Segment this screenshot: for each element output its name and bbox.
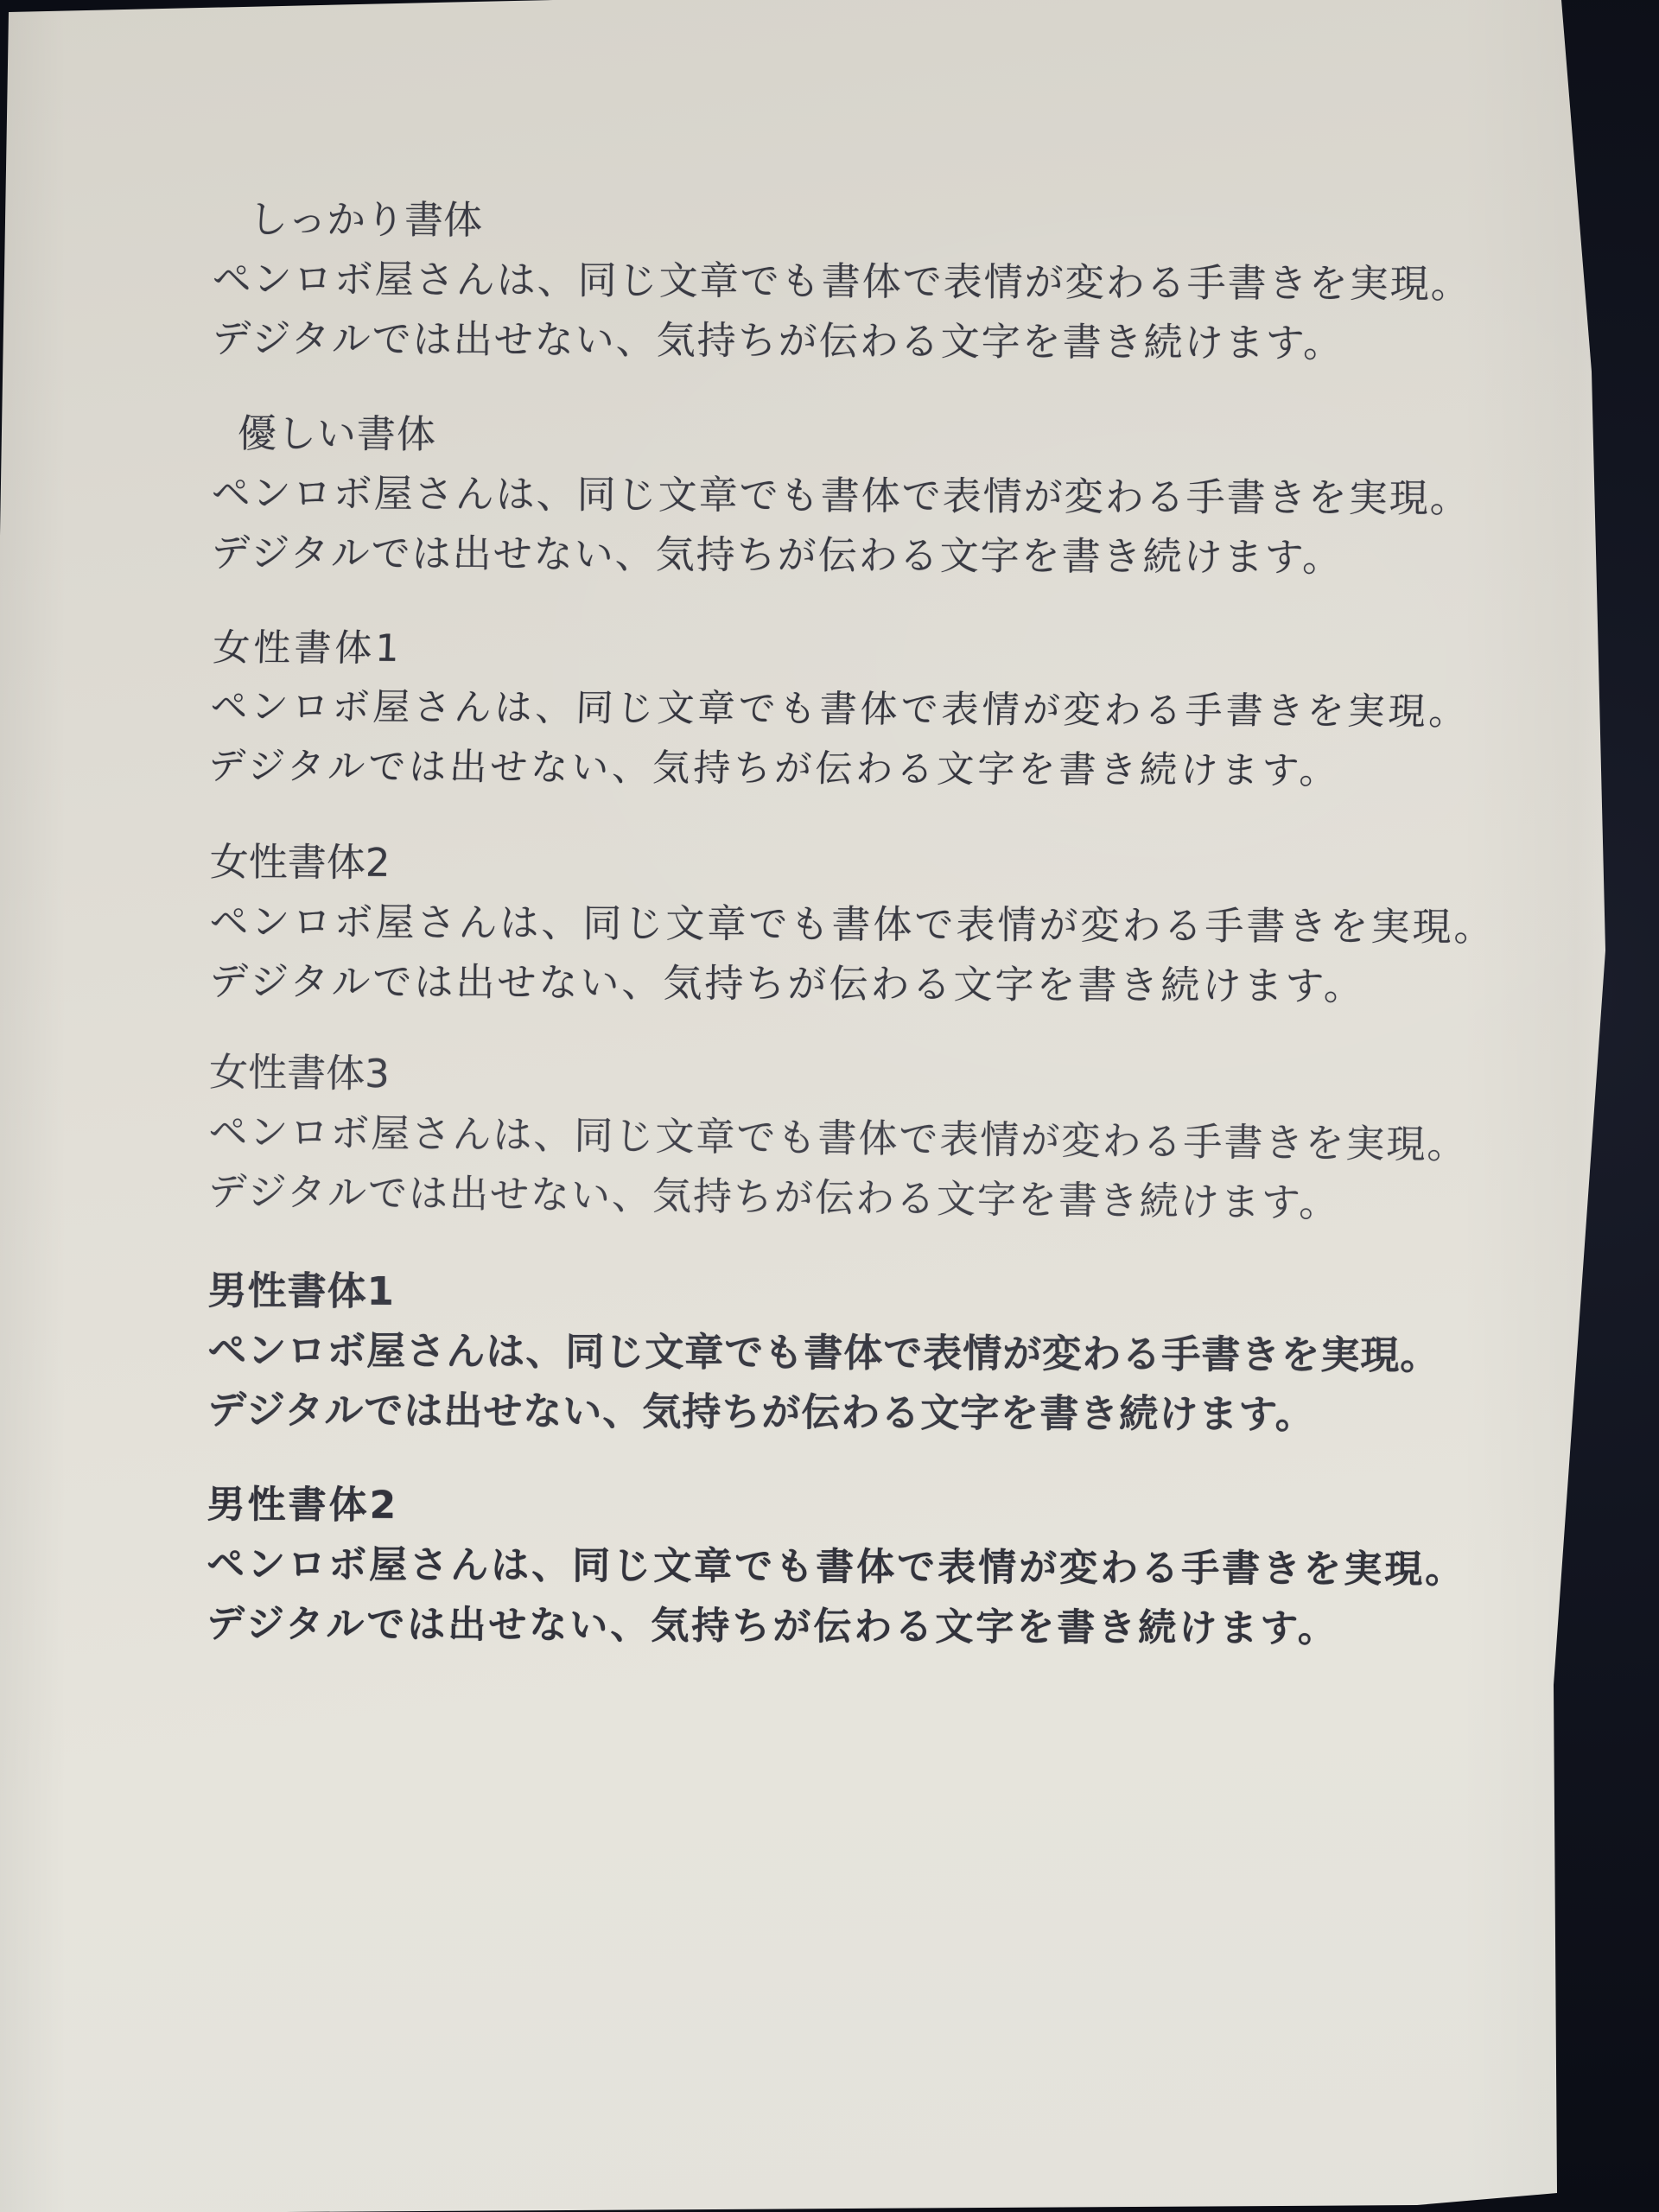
sample-text-line: ペンロボ屋さんは、同じ文章でも書体で表情が変わる手書きを実現。 (209, 892, 1592, 957)
sample-title: しっかり書体 (249, 190, 1595, 255)
handwriting-sample-section-josei-2: 女性書体2 ペンロボ屋さんは、同じ文章でも書体で表情が変わる手書きを実現。 デジ… (209, 833, 1592, 1017)
sample-text-line: デジタルでは出せない、気持ちが伝わる文字を書き続けます。 (212, 308, 1594, 374)
sample-text-line: デジタルでは出せない、気持ちが伝わる文字を書き続けます。 (211, 523, 1593, 588)
sample-text-line: ペンロボ屋さんは、同じ文章でも書体で表情が変わる手書きを実現。 (209, 677, 1594, 743)
sample-title: 女性書体1 (212, 619, 1597, 683)
sample-text-line: ペンロボ屋さんは、同じ文章でも書体で表情が変わる手書きを実現。 (207, 1535, 1589, 1600)
photo-background: しっかり書体 ペンロボ屋さんは、同じ文章でも書体で表情が変わる手書きを実現。 デ… (0, 0, 1659, 2212)
handwriting-sample-section-josei-1: 女性書体1 ペンロボ屋さんは、同じ文章でも書体で表情が変わる手書きを実現。 デジ… (207, 619, 1597, 803)
sample-text-line: デジタルでは出せない、気持ちが伝わる文字を書き続けます。 (207, 737, 1592, 803)
sample-text-line: ペンロボ屋さんは、同じ文章でも書体で表情が変わる手書きを実現。 (207, 1320, 1590, 1386)
handwriting-sample-section-yasashii: 優しい書体 ペンロボ屋さんは、同じ文章でも書体で表情が変わる手書きを実現。 デジ… (211, 404, 1594, 588)
sample-text-line: ペンロボ屋さんは、同じ文章でも書体で表情が変わる手書きを実現。 (211, 463, 1593, 529)
sample-text-line: デジタルでは出せない、気持ちが伝わる文字を書き続けます。 (209, 951, 1592, 1017)
sample-title: 男性書体1 (207, 1262, 1590, 1326)
sample-title: 優しい書体 (238, 404, 1594, 469)
sample-text-line: デジタルでは出せない、気持ちが伝わる文字を書き続けます。 (207, 1594, 1589, 1660)
sample-text-line: デジタルでは出せない、気持ちが伝わる文字を書き続けます。 (207, 1380, 1590, 1446)
sample-title: 女性書体2 (210, 833, 1592, 898)
sample-title: 男性書体2 (207, 1476, 1589, 1541)
sample-text-line: ペンロボ屋さんは、同じ文章でも書体で表情が変わる手書きを実現。 (213, 249, 1595, 315)
handwriting-sample-section-dansei-1: 男性書体1 ペンロボ屋さんは、同じ文章でも書体で表情が変わる手書きを実現。 デジ… (207, 1262, 1591, 1446)
handwriting-sample-section-dansei-2: 男性書体2 ペンロボ屋さんは、同じ文章でも書体で表情が変わる手書きを実現。 デジ… (207, 1476, 1590, 1660)
handwriting-samples: しっかり書体 ペンロボ屋さんは、同じ文章でも書体で表情が変わる手書きを実現。 デ… (0, 0, 1596, 1696)
handwriting-sample-section-josei-3: 女性書体3 ペンロボ屋さんは、同じ文章でも書体で表情が変わる手書きを実現。 デジ… (207, 1043, 1592, 1236)
handwriting-sample-section-shikkari: しっかり書体 ペンロボ屋さんは、同じ文章でも書体で表情が変わる手書きを実現。 デ… (212, 190, 1595, 374)
